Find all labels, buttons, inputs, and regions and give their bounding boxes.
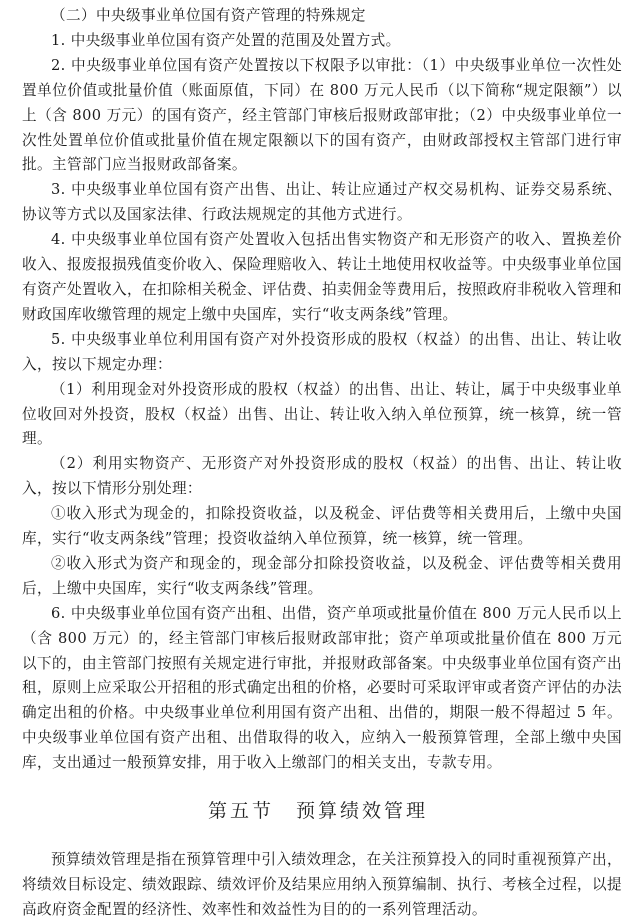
upper-section: （二）中央级事业单位国有资产管理的特殊规定 1. 中央级事业单位国有资产处置的范… [22, 4, 622, 776]
subsection-title: （二）中央级事业单位国有资产管理的特殊规定 [22, 4, 622, 29]
section-number: 第五节 [208, 800, 274, 822]
paragraph-item-1: 1. 中央级事业单位国有资产处置的范围及处置方式。 [22, 29, 622, 54]
paragraph-item-5-2: （2）利用实物资产、无形资产对外投资形成的股权（权益）的出售、出让、转让收入，按… [22, 452, 622, 502]
paragraph-item-5-1: （1）利用现金对外投资形成的股权（权益）的出售、出让、转让，属于中央级事业单位收… [22, 378, 622, 453]
lower-section: 预算绩效管理是指在预算管理中引入绩效理念，在关注预算投入的同时重视预算产出，将绩… [22, 848, 622, 920]
paragraph-item-2: 2. 中央级事业单位国有资产处置按以下权限予以审批：（1）中央级事业单位一次性处… [22, 54, 622, 179]
paragraph-item-3: 3. 中央级事业单位国有资产出售、出让、转让应通过产权交易机构、证券交易系统、协… [22, 178, 622, 228]
paragraph-item-4: 4. 中央级事业单位国有资产处置收入包括出售实物资产和无形资产的收入、置换差价收… [22, 228, 622, 328]
section-title: 预算绩效管理 [296, 800, 428, 822]
section-heading: 第五节预算绩效管理 [0, 796, 636, 823]
paragraph-item-5-2-a: ①收入形式为现金的，扣除投资收益，以及税金、评估费等相关费用后，上缴中央国库，实… [22, 502, 622, 552]
paragraph-item-5: 5. 中央级事业单位利用国有资产对外投资形成的股权（权益）的出售、出让、转让收入… [22, 328, 622, 378]
paragraph-item-6: 6. 中央级事业单位国有资产出租、出借，资产单项或批量价值在 800 万元人民币… [22, 602, 622, 776]
paragraph-item-5-2-b: ②收入形式为资产和现金的，现金部分扣除投资收益，以及税金、评估费等相关费用后，上… [22, 552, 622, 602]
intro-paragraph: 预算绩效管理是指在预算管理中引入绩效理念，在关注预算投入的同时重视预算产出，将绩… [22, 848, 622, 920]
